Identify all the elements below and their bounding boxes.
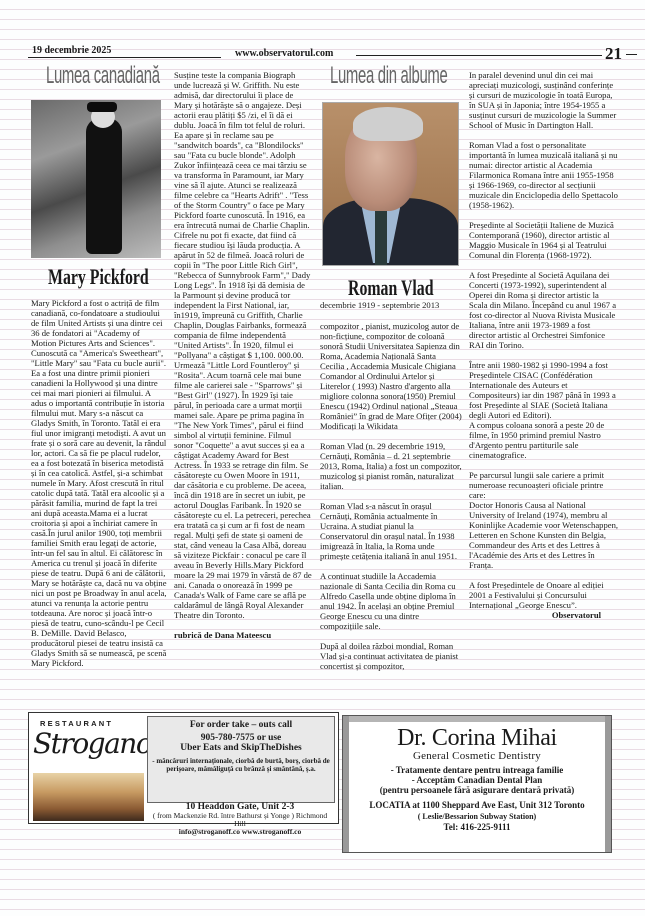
restaurant-directions: ( from Mackenzie Rd. între Bathurst și Y…: [147, 812, 333, 828]
photo-hat: [87, 102, 117, 112]
vlad-col4-p2: Roman Vlad a fost o personalitate import…: [469, 140, 619, 210]
page-number: 21: [605, 44, 622, 64]
article-name-vlad: Roman Vlad: [348, 275, 434, 301]
vlad-col4-p6: Pe parcursul lungii sale cariere a primi…: [469, 470, 619, 570]
issue-date: 19 decembrie 2025: [32, 45, 111, 56]
vlad-col3-p3: Roman Vlad s-a născut în orașul Cernăuți…: [320, 501, 462, 561]
vlad-col3-p1: compozitor , pianist, muzicolog autor de…: [320, 321, 462, 431]
dentist-subtitle: General Cosmetic Dentistry: [343, 750, 611, 762]
photo-figure: [86, 118, 122, 254]
page-number-dash: [626, 54, 637, 55]
pickford-col1-text: Mary Pickford a fost o actriță de film c…: [31, 298, 167, 668]
pickford-column-2: Susține teste la compania Biograph unde …: [174, 70, 312, 650]
photo-tie: [375, 211, 387, 266]
pickford-column-1: Mary Pickford a fost o actriță de film c…: [31, 298, 167, 678]
photo-hair: [353, 107, 423, 141]
dentist-line1: - Tratamente dentare pentru intreaga fam…: [343, 765, 611, 775]
section-title-lumea-din-albume: Lumea din albume: [330, 62, 447, 90]
vlad-col4-p5: Între anii 1980-1982 și 1990-1994 a fost…: [469, 360, 619, 460]
dentist-line3: (pentru persoanele fără asigurare dentar…: [343, 785, 611, 795]
vlad-col4-p3: Președinte al Societății Italiene de Muz…: [469, 220, 619, 260]
order-phone: 905-780-7575 or use: [148, 733, 334, 743]
pickford-byline: rubrică de Dana Mateescu: [174, 630, 312, 640]
header-rule-right: [356, 55, 602, 56]
vlad-col4-p7: A fost Președintele de Onoare al ediției…: [469, 580, 619, 610]
restaurant-contact[interactable]: info@stroganoff.co www.stroganoff.co: [147, 828, 333, 836]
vlad-column-3: compozitor , pianist, muzicolog autor de…: [320, 321, 462, 681]
vlad-col3-p4: A continuat studiile la Accademia nazion…: [320, 571, 462, 631]
stroganoff-ad[interactable]: RESTAURANT Stroganoff For order take – o…: [28, 712, 339, 824]
roman-vlad-photo: [322, 102, 459, 266]
order-info-box: For order take – outs call 905-780-7575 …: [147, 716, 335, 803]
restaurant-interior-photo: [33, 773, 144, 821]
dentist-name: Dr. Corina Mihai: [343, 726, 611, 750]
header-rule-left: [28, 57, 221, 58]
vlad-col3-p5: După al doilea război mondial, Roman Vla…: [320, 641, 462, 671]
dentist-ad[interactable]: Dr. Corina Mihai General Cosmetic Dentis…: [342, 715, 612, 853]
mary-pickford-photo: [31, 100, 161, 258]
vlad-dates: decembrie 1919 - septembrie 2013: [320, 300, 462, 310]
vlad-col4-p4: A fost Președinte al Societă Aquilana de…: [469, 270, 619, 350]
site-url[interactable]: www.observatorul.com: [235, 48, 333, 59]
menu-description: - mâncăruri internaționale, ciorbă de bu…: [148, 757, 334, 773]
vlad-column-4: In paralel devenind unul din cei mai apr…: [469, 70, 619, 620]
dentist-station: ( Leslie/Bessarion Subway Station): [343, 812, 611, 822]
dentist-line2: - Acceptăm Canadian Dental Plan: [343, 775, 611, 785]
section-title-lumea-canadiana: Lumea canadiană: [46, 62, 160, 90]
vlad-col4-p1: In paralel devenind unul din cei mai apr…: [469, 70, 619, 130]
restaurant-address-block: 10 Headdon Gate, Unit 2-3 ( from Mackenz…: [147, 802, 333, 836]
vlad-col3-p2: Roman Vlad (n. 29 decembrie 1919, Cernău…: [320, 441, 462, 491]
article-name-pickford: Mary Pickford: [48, 264, 149, 290]
dentist-phone[interactable]: Tel: 416-225-9111: [343, 822, 611, 832]
vlad-byline: Observatorul: [469, 610, 619, 620]
dentist-location: LOCATIA at 1100 Sheppard Ave East, Unit …: [343, 800, 611, 810]
order-line1: For order take – outs call: [148, 720, 334, 730]
order-delivery: Uber Eats and SkipTheDishes: [148, 743, 334, 754]
pickford-col2-text: Susține teste la compania Biograph unde …: [174, 70, 312, 620]
